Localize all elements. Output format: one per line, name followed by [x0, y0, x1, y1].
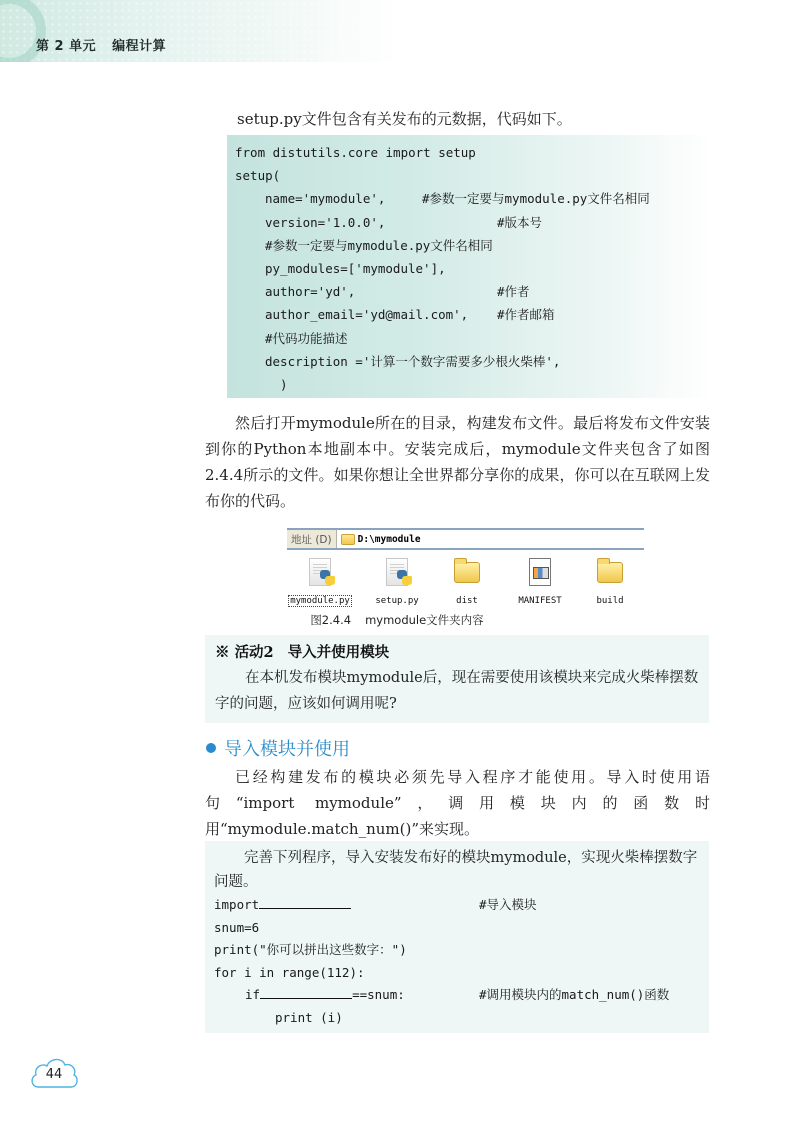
code-line: import#导入模块 [214, 894, 700, 917]
code-comment: #参数一定要与mymodule.py文件名相同 [422, 187, 650, 210]
address-path[interactable]: D:\mymodule [358, 534, 421, 545]
code-line: ) [235, 373, 705, 396]
reference-mark-icon: ※ [215, 644, 230, 661]
code-comment: #作者邮箱 [497, 303, 555, 326]
folder-icon [432, 558, 502, 588]
python-file-icon [362, 558, 432, 588]
file-item-mymodule-py[interactable]: mymodule.py [285, 558, 355, 607]
python-file-icon [285, 558, 355, 588]
setup-code-block: from distutils.core import setup setup( … [227, 135, 713, 398]
build-paragraph: 然后打开mymodule所在的目录，构建发布文件。最后将发布文件安装到你的Pyt… [205, 410, 710, 514]
unit-title: 编程计算 [112, 39, 166, 54]
folder-icon [575, 558, 645, 588]
code-line: py_modules=['mymodule'], [235, 257, 705, 280]
activity-label: 活动2 [235, 644, 274, 661]
fill-blank[interactable] [260, 985, 352, 999]
explorer-screenshot: 地址 (D) D:\mymodule mymodule.py setup.py … [287, 528, 644, 608]
folder-icon [341, 534, 355, 545]
task-text: 完善下列程序，导入安装发布好的模块mymodule，实现火柴棒摆数字问题。 [214, 846, 700, 894]
file-item-build[interactable]: build [575, 558, 645, 607]
file-item-dist[interactable]: dist [432, 558, 502, 607]
file-item-manifest[interactable]: MANIFEST [505, 558, 575, 607]
figure-caption-text: mymodule文件夹内容 [365, 613, 484, 627]
section-heading: 导入模块并使用 [206, 735, 350, 761]
file-list: mymodule.py setup.py dist MANIFEST build [287, 558, 644, 608]
code-comment: #调用模块内的match_num()函数 [479, 984, 669, 1007]
code-line: #代码功能描述 [235, 327, 705, 350]
code-comment: #版本号 [497, 211, 542, 234]
task-box: 完善下列程序，导入安装发布好的模块mymodule，实现火柴棒摆数字问题。 im… [205, 841, 709, 1033]
activity-text: 在本机发布模块mymodule后，现在需要使用该模块来完成火柴棒摆数字的问题，应… [215, 665, 699, 717]
activity-heading: 导入并使用模块 [288, 644, 390, 661]
code-comment: #导入模块 [479, 894, 537, 917]
code-line: print("你可以拼出这些数字：") [214, 939, 700, 962]
code-line: #参数一定要与mymodule.py文件名相同 [235, 234, 705, 257]
file-label: mymodule.py [288, 595, 352, 607]
section-title: 导入模块并使用 [224, 735, 350, 761]
manifest-file-icon [505, 558, 575, 588]
file-label: MANIFEST [517, 596, 562, 606]
code-line: if==snum:#调用模块内的match_num()函数 [214, 984, 700, 1007]
code-line: for i in range(112): [214, 962, 700, 985]
code-comment: #作者 [497, 280, 530, 303]
code-line: setup( [235, 164, 705, 187]
file-label: dist [455, 596, 479, 606]
code-line: version='1.0.0',#版本号 [235, 211, 705, 234]
page-number: 44 [28, 1053, 80, 1091]
unit-number: 第 2 单元 [36, 39, 96, 54]
fill-blank[interactable] [259, 895, 351, 909]
code-line: author='yd',#作者 [235, 280, 705, 303]
code-line: from distutils.core import setup [235, 141, 705, 164]
section-paragraph: 已经构建发布的模块必须先导入程序才能使用。导入时使用语句“import mymo… [205, 764, 710, 842]
address-label: 地址 (D) [287, 530, 337, 548]
code-line: name='mymodule',#参数一定要与mymodule.py文件名相同 [235, 187, 705, 210]
address-bar[interactable]: 地址 (D) D:\mymodule [287, 528, 644, 550]
intro-text: setup.py文件包含有关发布的元数据，代码如下。 [237, 106, 717, 132]
code-line: snum=6 [214, 917, 700, 940]
code-line: print (i) [214, 1007, 700, 1030]
file-item-setup-py[interactable]: setup.py [362, 558, 432, 607]
activity-box: ※ 活动2导入并使用模块 在本机发布模块mymodule后，现在需要使用该模块来… [205, 635, 709, 723]
code-line: description ='计算一个数字需要多少根火柴棒', [235, 350, 705, 373]
bullet-icon [206, 743, 216, 753]
file-label: setup.py [374, 596, 419, 606]
activity-title: ※ 活动2导入并使用模块 [215, 641, 699, 665]
file-label: build [595, 596, 624, 606]
unit-header: 第 2 单元编程计算 [36, 35, 166, 54]
figure-caption: 图2.4.4mymodule文件夹内容 [0, 612, 794, 628]
code-line: author_email='yd@mail.com',#作者邮箱 [235, 303, 705, 326]
figure-number: 图2.4.4 [310, 613, 351, 627]
